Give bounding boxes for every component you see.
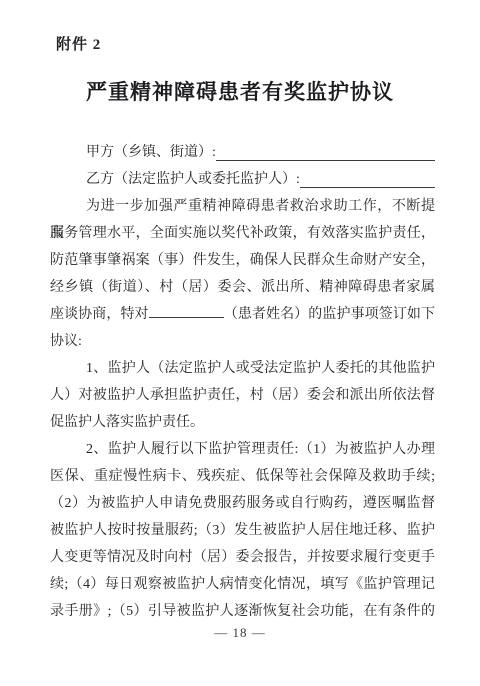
attachment-label: 附件 2 [56, 33, 101, 54]
line-text: 续;（4）每日观察被监护人病情变化情况，填写《监护管理记 [50, 577, 435, 592]
document-page: 附件 2 严重精神障碍患者有奖监护协议 甲方（乡镇、街道）: 乙方（法定监护人或… [0, 0, 480, 686]
body-line: 服务管理水平，全面实施以奖代补政策，有效落实监护责任， [50, 220, 435, 247]
line-text: 促监护人落实监护责任。 [50, 415, 204, 430]
body-line: 续;（4）每日观察被监护人病情变化情况，填写《监护管理记 [50, 571, 435, 598]
body-line: 人）对被监护人承担监护责任，村（居）委会和派出所依法督 [50, 382, 435, 409]
blank-underline-field [300, 166, 435, 188]
body-line: 经乡镇（街道）、村（居）委会、派出所、精神障碍患者家属 [50, 274, 435, 301]
line-text: 座谈协商，特对 [50, 307, 149, 322]
body-line: 防范肇事肇祸案（事）件发生，确保人民群众生命财产安全， [50, 247, 435, 274]
line-text: 经乡镇（街道）、村（居）委会、派出所、精神障碍患者家属 [50, 280, 435, 295]
line-text: 被监护人按时按量服药;（3）发生被监护人居住地迁移、监护 [50, 523, 435, 538]
clause-2-line: 2、监护人履行以下监护管理责任:（1）为被监护人办理 [50, 436, 435, 463]
line-text: 医保、重症慢性病卡、残疾症、低保等社会保障及救助手续; [50, 469, 435, 484]
line-text: 甲方（乡镇、街道）: [86, 139, 216, 166]
line-text: 防范肇事肇祸案（事）件发生，确保人民群众生命财产安全， [50, 253, 435, 268]
party-a-line: 甲方（乡镇、街道）: [50, 139, 435, 166]
line-text: 服务管理水平，全面实施以奖代补政策，有效落实监护责任， [50, 226, 435, 241]
clause-1-line: 1、监护人（法定监护人或受法定监护人委托的其他监护 [50, 355, 435, 382]
body-line: 为进一步加强严重精神障碍患者救治求助工作，不断提高 [50, 193, 435, 220]
party-b-line: 乙方（法定监护人或委托监护人）: [50, 166, 435, 193]
line-text: 乙方（法定监护人或委托监护人）: [86, 166, 300, 193]
line-text: 人）对被监护人承担监护责任，村（居）委会和派出所依法督 [50, 388, 435, 403]
body-line: 被监护人按时按量服药;（3）发生被监护人居住地迁移、监护 [50, 517, 435, 544]
line-text: （患者姓名）的监护事项签订如下 [224, 307, 435, 322]
line-text: 人变更等情况及时向村（居）委会报告，并按要求履行变更手 [50, 550, 435, 565]
line-text: （2）为被监护人申请免费服药服务或自行购药，遵医嘱监督 [50, 496, 435, 511]
line-text: 录手册》;（5）引导被监护人逐渐恢复社会功能，在有条件的 [50, 604, 435, 619]
footer-page-number: — 18 — [0, 625, 480, 641]
body-line: （2）为被监护人申请免费服药服务或自行购药，遵医嘱监督 [50, 490, 435, 517]
blank-underline-field [149, 305, 224, 318]
body-line: 协议: [50, 328, 435, 355]
blank-underline-field [216, 139, 435, 161]
body-line: 录手册》;（5）引导被监护人逐渐恢复社会功能，在有条件的 [50, 598, 435, 625]
line-text: 协议: [50, 334, 82, 349]
body-line: 人变更等情况及时向村（居）委会报告，并按要求履行变更手 [50, 544, 435, 571]
body-line: 促监护人落实监护责任。 [50, 409, 435, 436]
document-body: 甲方（乡镇、街道）: 乙方（法定监护人或委托监护人）: 为进一步加强严重精神障碍… [50, 139, 435, 625]
patient-name-line: 座谈协商，特对（患者姓名）的监护事项签订如下 [50, 301, 435, 328]
line-text: 2、监护人履行以下监护管理责任:（1）为被监护人办理 [86, 442, 435, 457]
body-line: 医保、重症慢性病卡、残疾症、低保等社会保障及救助手续; [50, 463, 435, 490]
document-title: 严重精神障碍患者有奖监护协议 [0, 76, 480, 106]
line-text: 1、监护人（法定监护人或受法定监护人委托的其他监护 [86, 361, 435, 376]
